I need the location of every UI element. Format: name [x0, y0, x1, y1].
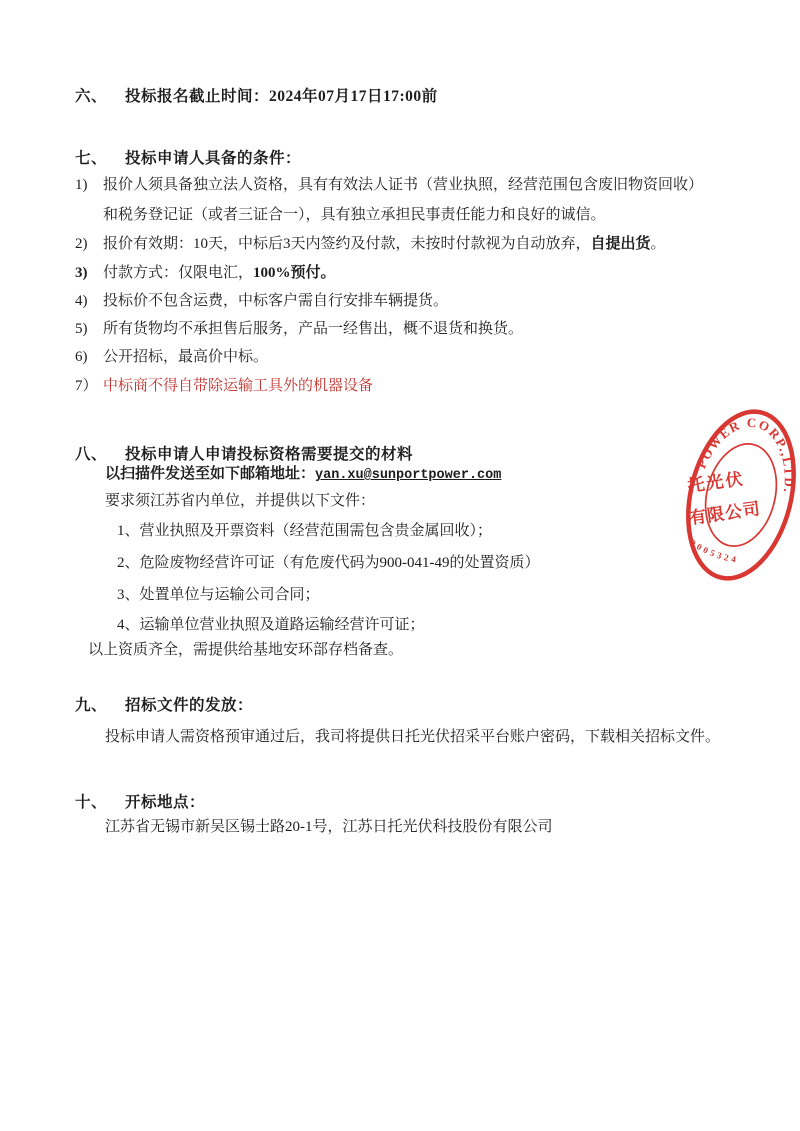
- section-six-heading: 六、投标报名截止时间：2024年07月17日17:00前: [75, 84, 438, 106]
- stamp-company-line2: 有限公司: [688, 498, 762, 528]
- section-nine-number: 九、: [75, 693, 125, 715]
- condition-item-5: 5) 所有货物均不承担售后服务，产品一经售出，概不退货和换货。: [75, 314, 765, 344]
- bid-registration-deadline: 投标报名截止时间：2024年07月17日17:00前: [125, 88, 438, 105]
- item-text: 付款方式：仅限电汇，100%预付。: [103, 258, 765, 288]
- required-doc-3: 3、处置单位与运输公司合同；: [117, 583, 320, 604]
- required-doc-4: 4、运输单位营业执照及道路运输经营许可证；: [117, 613, 425, 634]
- materials-title: 投标申请人申请投标资格需要提交的材料: [125, 446, 413, 463]
- condition-item-7: 7） 中标商不得自带除运输工具外的机器设备: [75, 371, 765, 401]
- item-3-bold-text: 100%预付。: [253, 265, 336, 281]
- item-text: 所有货物均不承担售后服务，产品一经售出，概不退货和换货。: [103, 314, 765, 344]
- doc-text: 运输单位营业执照及道路运输经营许可证；: [140, 617, 425, 633]
- item-number: 2): [75, 229, 103, 259]
- email-label: 以扫描件发送至如下邮箱地址：: [105, 466, 315, 482]
- condition-item-3: 3) 付款方式：仅限电汇，100%预付。: [75, 258, 765, 288]
- item-2-text: 报价有效期：10天，中标后3天内签约及付款，未按时付款视为自动放弃，: [103, 236, 591, 252]
- required-doc-1: 1、营业执照及开票资料（经营范围需包含贵金属回收）；: [117, 519, 492, 540]
- tender-docs-body: 投标申请人需资格预审通过后，我司将提供日托光伏招采平台账户密码，下载相关招标文件…: [105, 725, 720, 746]
- item-text: 报价有效期：10天，中标后3天内签约及付款，未按时付款视为自动放弃，自提出货。: [103, 229, 765, 259]
- item-number: 7）: [75, 371, 103, 401]
- item-number: 4): [75, 286, 103, 316]
- item-text: 投标价不包含运费，中标客户需自行安排车辆提货。: [103, 286, 765, 316]
- archive-note: 以上资质齐全，需提供给基地安环部存档备查。: [88, 638, 403, 659]
- item-1-line-2: 和税务登记证（或者三证合一），具有独立承担民事责任能力和良好的诚信。: [103, 207, 606, 223]
- doc-number: 1、: [117, 523, 140, 539]
- doc-text: 处置单位与运输公司合同；: [140, 587, 320, 603]
- section-eight-heading: 八、投标申请人申请投标资格需要提交的材料: [75, 442, 413, 464]
- item-2-period: 。: [651, 236, 666, 252]
- section-seven-heading: 七、投标申请人具备的条件：: [75, 146, 301, 168]
- item-text: 公开招标，最高价中标。: [103, 342, 765, 372]
- doc-text: 危险废物经营许可证（有危废代码为900-041-49的处置资质）: [140, 555, 540, 571]
- doc-text: 营业执照及开票资料（经营范围需包含贵金属回收）；: [140, 523, 493, 539]
- item-2-bold-text: 自提出货: [591, 236, 651, 252]
- opening-location-address: 江苏省无锡市新吴区锡士路20-1号，江苏日托光伏科技股份有限公司: [105, 815, 553, 836]
- opening-location-title: 开标地点：: [125, 794, 205, 811]
- item-1-line-1: 报价人须具备独立法人资格，具有有效法人证书（营业执照，经营范围包含废旧物资回收）: [103, 177, 703, 193]
- condition-item-4: 4) 投标价不包含运费，中标客户需自行安排车辆提货。: [75, 286, 765, 316]
- item-number: 6): [75, 342, 103, 372]
- section-six-number: 六、: [75, 84, 125, 106]
- doc-number: 4、: [117, 617, 140, 633]
- document-page: 六、投标报名截止时间：2024年07月17日17:00前 七、投标申请人具备的条…: [0, 0, 800, 1131]
- section-eight-number: 八、: [75, 442, 125, 464]
- item-number: 5): [75, 314, 103, 344]
- email-instruction-line: 以扫描件发送至如下邮箱地址：yan.xu@sunportpower.com: [105, 462, 501, 483]
- item-number: 1): [75, 170, 103, 230]
- section-seven-number: 七、: [75, 146, 125, 168]
- item-3-text: 付款方式：仅限电汇，: [103, 265, 253, 281]
- bidder-conditions-title: 投标申请人具备的条件：: [125, 150, 301, 167]
- required-doc-2: 2、危险废物经营许可证（有危废代码为900-041-49的处置资质）: [117, 551, 540, 572]
- company-stamp: POWER CORP.,LTD. 托光伏 有限公司 0005324: [678, 407, 800, 583]
- condition-item-6: 6) 公开招标，最高价中标。: [75, 342, 765, 372]
- item-7-warning-text: 中标商不得自带除运输工具外的机器设备: [103, 371, 765, 401]
- condition-item-1: 1) 报价人须具备独立法人资格，具有有效法人证书（营业执照，经营范围包含废旧物资…: [75, 170, 765, 230]
- doc-number: 3、: [117, 587, 140, 603]
- tender-docs-title: 招标文件的发放：: [125, 697, 253, 714]
- item-number: 3): [75, 258, 103, 288]
- item-text: 报价人须具备独立法人资格，具有有效法人证书（营业执照，经营范围包含废旧物资回收）…: [103, 170, 765, 230]
- requirement-line: 要求须江苏省内单位，并提供以下文件：: [105, 489, 375, 510]
- section-ten-number: 十、: [75, 790, 125, 812]
- doc-number: 2、: [117, 555, 140, 571]
- email-link[interactable]: yan.xu@sunportpower.com: [315, 468, 501, 483]
- section-nine-heading: 九、招标文件的发放：: [75, 693, 253, 715]
- condition-item-2: 2) 报价有效期：10天，中标后3天内签约及付款，未按时付款视为自动放弃，自提出…: [75, 229, 765, 259]
- section-ten-heading: 十、开标地点：: [75, 790, 205, 812]
